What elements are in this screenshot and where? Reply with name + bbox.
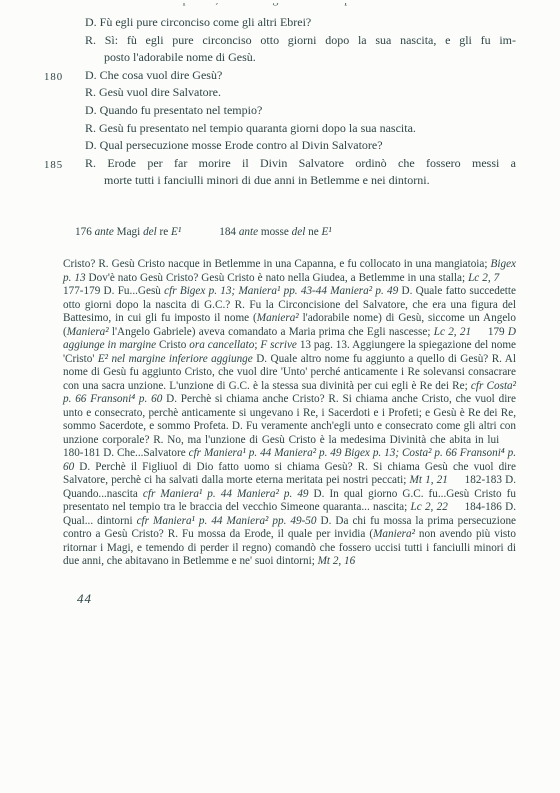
dialogue-line-text: morte tutti i fanciulli minori di due an… [104, 173, 430, 187]
critical-apparatus-paragraph: Cristo? R. Gesù Cristo nacque in Betlemm… [63, 258, 516, 569]
apparatus-roman-segment: Cristo [159, 339, 189, 351]
apparatus-italic-segment: del [143, 226, 159, 238]
apparatus-italic-segment: Lc 2, 7 [468, 272, 499, 284]
dialogue-line: D. Quando fu presentato nel tempio? [85, 102, 516, 120]
apparatus-italic-segment: Mt 2, 16 [318, 555, 356, 567]
page-number: 44 [77, 591, 560, 607]
clipped-text-fragment: R. Fù visitato dai pastori, e dai Magi v… [85, 3, 515, 8]
apparatus-italic-segment: cfr Maniera¹ p. 44 Maniera² p. 49 [143, 488, 314, 500]
dialogue-line-text: posto l'adorabile nome di Gesù. [104, 50, 256, 64]
apparatus-italic-segment: del [292, 226, 308, 238]
apparatus-italic-segment: cfr Bigex p. 13; Maniera¹ pp. 43-44 Mani… [164, 285, 401, 297]
apparatus-italic-segment: E¹ [171, 226, 181, 238]
apparatus-roman-segment: l'Angelo Gabriele) aveva comandato a Mar… [109, 326, 434, 338]
dialogue-line: morte tutti i fanciulli minori di due an… [85, 172, 516, 190]
variant-entry: 184 ante mosse del ne E¹ [219, 226, 331, 240]
apparatus-italic-segment: E² nel margine inferiore aggiunge [98, 353, 256, 365]
apparatus-variants-line: 176 ante Magi del re E¹184 ante mosse de… [75, 226, 560, 240]
apparatus-italic-segment: Lc 2, 21 [434, 326, 471, 338]
dialogue-line-text: R. Gesù fu presentato nel tempio quarant… [85, 121, 416, 135]
apparatus-roman-segment: mosse [261, 226, 292, 238]
apparatus-roman-segment: 176 [75, 226, 95, 238]
dialogue-line-text: D. Che cosa vuol dire Gesù? [85, 68, 222, 82]
variant-entry: 176 ante Magi del re E¹ [75, 226, 181, 240]
dialogue-line: R. Gesù fu presentato nel tempio quarant… [85, 120, 516, 138]
apparatus-italic-segment: Maniera² [257, 312, 299, 324]
book-page: R. Fù visitato dai pastori, e dai Magi v… [0, 0, 560, 793]
clipped-text-line: R. Fù visitato dai pastori, e dai Magi v… [85, 3, 515, 8]
dialogue-line: D. Qual persecuzione mosse Erode contro … [85, 137, 516, 155]
dialogue-line-text: D. Quando fu presentato nel tempio? [85, 103, 262, 117]
apparatus-roman-segment: Dov'è nato Gesù Cristo? Gesù Cristo è na… [89, 272, 469, 284]
dialogue-line: R. Gesù vuol dire Salvatore. [85, 84, 516, 102]
dialogue-line: D. Fù egli pure circonciso come gli altr… [85, 14, 516, 32]
apparatus-roman-segment: Magi [117, 226, 143, 238]
apparatus-italic-segment: Maniera² [373, 528, 415, 540]
apparatus-italic-segment: Mt 1, 21 [410, 474, 448, 486]
apparatus-italic-segment: ante [95, 226, 117, 238]
apparatus-roman-segment: 184 [219, 226, 239, 238]
apparatus-italic-segment: E¹ [321, 226, 331, 238]
margin-line-number: 185 [44, 157, 63, 175]
apparatus-italic-segment: ante [239, 226, 261, 238]
apparatus-italic-segment: ora cancellato [189, 339, 254, 351]
apparatus-italic-segment: Maniera² [67, 326, 109, 338]
apparatus-roman-segment: re [160, 226, 172, 238]
apparatus-roman-segment: ne [308, 226, 321, 238]
catechism-dialogue: D. Fù egli pure circonciso come gli altr… [85, 14, 516, 190]
dialogue-line: 180D. Che cosa vuol dire Gesù? [85, 67, 516, 85]
dialogue-line: posto l'adorabile nome di Gesù. [85, 49, 516, 67]
dialogue-line-text: D. Fù egli pure circonciso come gli altr… [85, 15, 311, 29]
margin-line-number: 180 [44, 69, 63, 87]
apparatus-italic-segment: cfr Maniera¹ p. 44 Maniera² pp. 49-50 [137, 515, 321, 527]
dialogue-line-text: D. Qual persecuzione mosse Erode contro … [85, 138, 383, 152]
dialogue-line-text: R. Erode per far morire il Divin Salvato… [85, 156, 516, 170]
apparatus-roman-segment: Cristo? R. Gesù Cristo nacque in Betlemm… [63, 258, 491, 270]
apparatus-roman-segment: 179 [471, 326, 508, 338]
dialogue-line: 185R. Erode per far morire il Divin Salv… [85, 155, 516, 173]
dialogue-line-text: R. Sì: fù egli pure circonciso otto gior… [85, 33, 516, 47]
dialogue-line: R. Sì: fù egli pure circonciso otto gior… [85, 32, 516, 50]
apparatus-italic-segment: Lc 2, 22 [410, 501, 447, 513]
apparatus-italic-segment: F scrive [260, 339, 299, 351]
dialogue-line-text: R. Gesù vuol dire Salvatore. [85, 85, 221, 99]
